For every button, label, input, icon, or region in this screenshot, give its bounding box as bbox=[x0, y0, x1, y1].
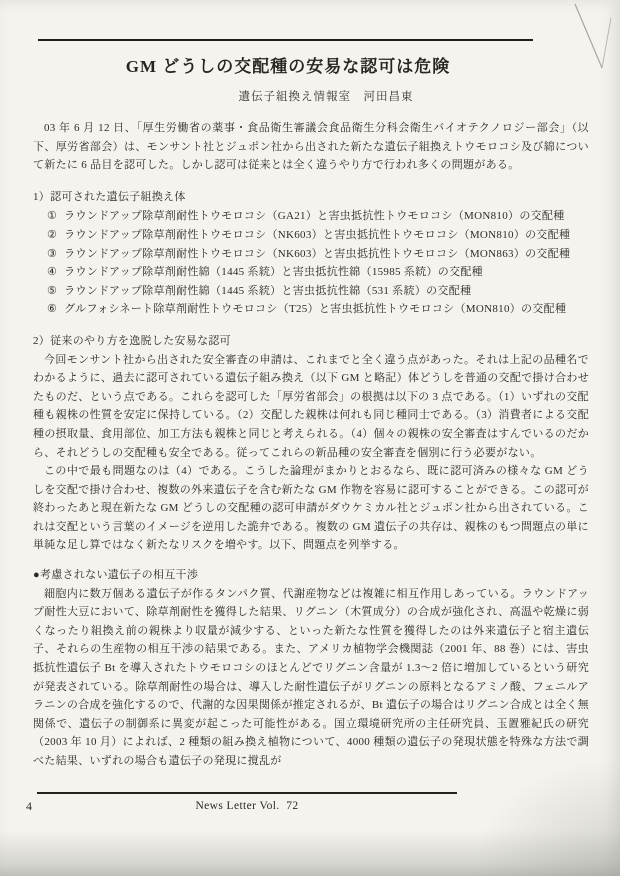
section3-paragraph: 細胞内に数万個ある遺伝子が作るタンパク質、代謝産物などは複雑に相互作用しあってい… bbox=[33, 585, 589, 771]
section2-heading: 2）従来のやり方を逸脱した安易な認可 bbox=[33, 332, 589, 351]
item-number-3: ③ bbox=[47, 245, 57, 264]
list-item: ③ ラウンドアップ除草剤耐性トウモロコシ（NK603）と害虫抵抗性トウモロコシ（… bbox=[33, 245, 589, 264]
item-number-2: ② bbox=[47, 226, 57, 245]
journal-title: News Letter Vol. 72 bbox=[37, 800, 457, 812]
section2-paragraph-1: 今回モンサント社から出された安全審査の申請は、これまでと全く違う点があった。それ… bbox=[33, 351, 589, 463]
page-title: GM どうしの交配種の安易な認可は危険 bbox=[38, 55, 538, 79]
list-item: ④ ラウンドアップ除草剤耐性綿（1445 系統）と害虫抵抗性綿（15985 系統… bbox=[33, 263, 589, 282]
page-number: 4 bbox=[26, 799, 32, 814]
list-item: ② ラウンドアップ除草剤耐性トウモロコシ（NK603）と害虫抵抗性トウモロコシ（… bbox=[33, 226, 589, 245]
body-column: 03 年 6 月 12 日、「厚生労働省の薬事・食品衛生審議会食品衛生分科会衛生… bbox=[33, 119, 589, 771]
list-item: ⑤ ラウンドアップ除草剤耐性綿（1445 系統）と害虫抵抗性綿（531 系統）の… bbox=[33, 282, 589, 301]
scan-bottom-shade bbox=[0, 830, 620, 876]
item-number-6: ⑥ bbox=[47, 300, 57, 319]
item-text: ラウンドアップ除草剤耐性綿（1445 系統）と害虫抵抗性綿（15985 系統）の… bbox=[64, 263, 483, 282]
list-item: ⑥ グルフォシネート除草剤耐性トウモロコシ（T25）と害虫抵抗性トウモロコシ（M… bbox=[33, 300, 589, 319]
section1-heading: 1）認可された遺伝子組換え体 bbox=[33, 188, 589, 207]
title-block: GM どうしの交配種の安易な認可は危険 遺伝子組換え情報室 河田昌東 bbox=[38, 55, 538, 104]
intro-paragraph: 03 年 6 月 12 日、「厚生労働省の薬事・食品衛生審議会食品衛生分科会衛生… bbox=[33, 119, 589, 175]
item-text: グルフォシネート除草剤耐性トウモロコシ（T25）と害虫抵抗性トウモロコシ（MON… bbox=[64, 300, 566, 319]
approved-crops-list: ① ラウンドアップ除草剤耐性トウモロコシ（GA21）と害虫抵抗性トウモロコシ（M… bbox=[33, 207, 589, 319]
top-rule bbox=[38, 39, 533, 41]
item-text: ラウンドアップ除草剤耐性綿（1445 系統）と害虫抵抗性綿（531 系統）の交配… bbox=[64, 282, 471, 301]
item-text: ラウンドアップ除草剤耐性トウモロコシ（GA21）と害虫抵抗性トウモロコシ（MON… bbox=[64, 207, 564, 226]
item-number-4: ④ bbox=[47, 263, 57, 282]
scan-corner-shade bbox=[470, 756, 620, 876]
item-number-1: ① bbox=[47, 207, 57, 226]
item-number-5: ⑤ bbox=[47, 282, 57, 301]
footer-rule bbox=[37, 792, 457, 794]
list-item: ① ラウンドアップ除草剤耐性トウモロコシ（GA21）と害虫抵抗性トウモロコシ（M… bbox=[33, 207, 589, 226]
section2-paragraph-2: この中で最も問題なのは（4）である。こうした論理がまかりとおるなら、既に認可済み… bbox=[33, 462, 589, 555]
document-page: GM どうしの交配種の安易な認可は危険 遺伝子組換え情報室 河田昌東 03 年 … bbox=[0, 0, 620, 876]
section3-heading: ●考慮されない遺伝子の相互干渉 bbox=[33, 566, 589, 585]
item-text: ラウンドアップ除草剤耐性トウモロコシ（NK603）と害虫抵抗性トウモロコシ（MO… bbox=[64, 245, 570, 264]
byline: 遺伝子組換え情報室 河田昌東 bbox=[76, 88, 576, 104]
item-text: ラウンドアップ除草剤耐性トウモロコシ（NK603）と害虫抵抗性トウモロコシ（MO… bbox=[64, 226, 570, 245]
scan-scratch-artifact bbox=[550, 0, 620, 100]
